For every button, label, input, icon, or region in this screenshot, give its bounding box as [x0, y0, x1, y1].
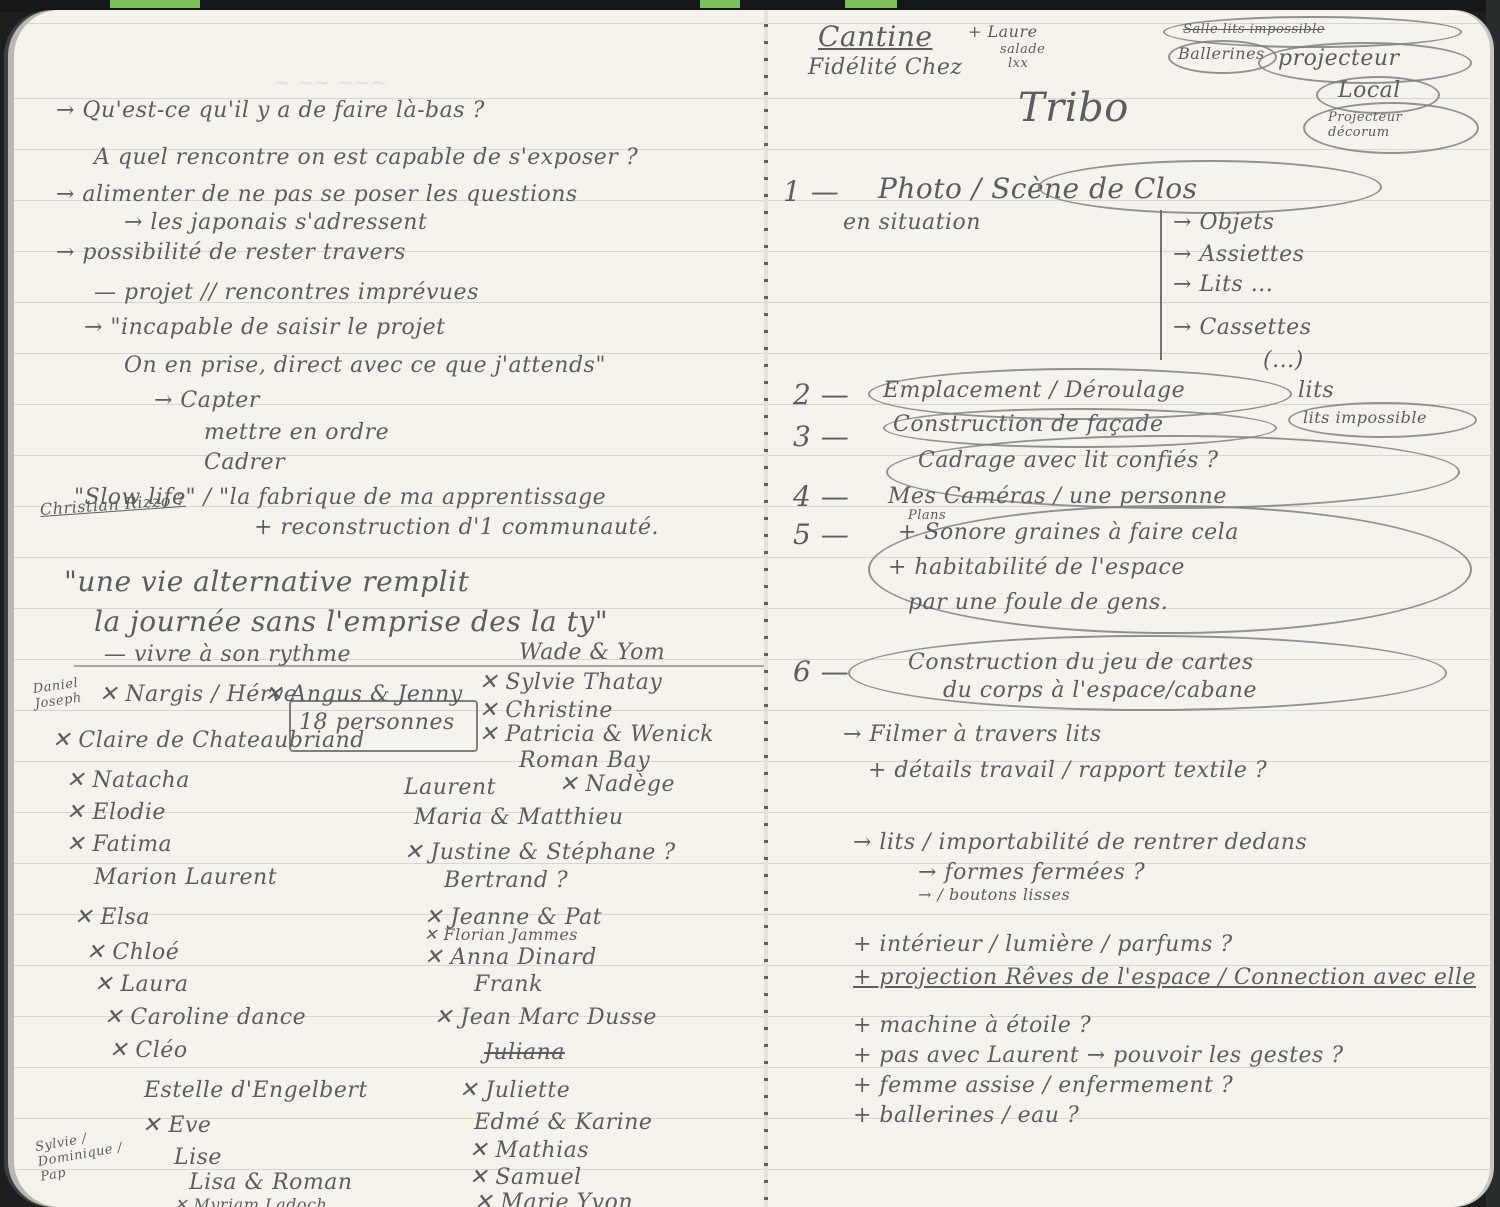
notebook-left-page: ~ ~~ ~~~ → Qu'est-ce qu'il y a de faire …	[14, 10, 766, 1207]
section-text: Emplacement / Déroulage	[883, 378, 1185, 403]
followup-line: → lits / importabilité de rentrer dedans	[853, 830, 1307, 855]
plus-item: + machine à étoile ?	[853, 1013, 1091, 1038]
section-number: 1 —	[783, 175, 839, 208]
name-entry: Wade & Yom	[519, 640, 665, 665]
plus-item: + pas avec Laurent → pouvoir les gestes …	[853, 1043, 1344, 1068]
name-entry: Bertrand ?	[444, 868, 568, 893]
name-entry: ✕ Justine & Stéphane ?	[404, 840, 676, 865]
section-aside: lits impossible	[1303, 408, 1427, 427]
section-text: + Sonore graines à faire cela	[898, 520, 1239, 545]
quote-line: "une vie alternative remplit	[64, 565, 469, 598]
header-title: Cantine	[818, 20, 932, 53]
notebook-right-page: Cantine Fidélité Chez + Laure salade lxx…	[768, 10, 1490, 1207]
name-entry: Lisa & Roman	[189, 1170, 353, 1195]
followup-line: + détails travail / rapport textile ?	[868, 758, 1267, 783]
section-sub: Cadrage avec lit confiés ?	[918, 448, 1219, 473]
note-line: Cadrer	[204, 450, 285, 475]
section-number: 4 —	[793, 480, 849, 513]
name-entry: ✕ Caroline dance	[104, 1005, 306, 1030]
followup-line: → formes fermées ?	[918, 860, 1145, 885]
followup-line: → / boutons lisses	[918, 885, 1070, 904]
name-entry: ✕ Anna Dinard	[424, 945, 597, 970]
name-entry: Frank	[474, 972, 543, 997]
section-sub: par une foule de gens.	[908, 590, 1168, 615]
name-entry: ✕ Cléo	[109, 1038, 188, 1063]
name-entry: ✕ Jean Marc Dusse	[434, 1005, 657, 1030]
name-entry: ✕ Natacha	[66, 768, 190, 793]
bleed-through-text: ~ ~~ ~~~	[274, 70, 387, 94]
green-tab-right	[845, 0, 897, 8]
name-entry: ✕ Patricia & Wenick	[479, 722, 714, 747]
name-entry: ✕ Fatima	[66, 832, 172, 857]
name-entry: ✕ Angus & Jenny	[264, 682, 463, 707]
section-number: 3 —	[793, 420, 849, 453]
section-text: Construction de façade	[893, 412, 1164, 437]
name-entry: Marion Laurent	[94, 865, 277, 890]
header-plus-note: lxx	[1008, 56, 1028, 71]
branch-item: → Assiettes	[1173, 242, 1304, 267]
name-entry: ✕ Myriam Ladoch	[174, 1195, 327, 1207]
section-number: 2 —	[793, 378, 849, 411]
bottom-margin-note: Sylvie / Dominique / Pap	[34, 1125, 130, 1185]
quote-line: + reconstruction d'1 communauté.	[254, 515, 659, 540]
name-entry: ✕ Florian Jammes	[424, 925, 578, 944]
followup-line: → Filmer à travers lits	[843, 722, 1102, 747]
section-number: 6 —	[793, 655, 849, 688]
plus-item: + femme assise / enfermement ?	[853, 1073, 1233, 1098]
name-entry: Roman Bay	[519, 748, 650, 773]
name-entry: ✕ Juliette	[459, 1078, 570, 1103]
section-number: 5 —	[793, 518, 849, 551]
header-subtitle: Fidélité Chez	[808, 55, 962, 80]
section6-line: Construction du jeu de cartes	[908, 650, 1254, 675]
name-entry: ✕ Samuel	[469, 1165, 582, 1190]
name-entry: Estelle d'Engelbert	[144, 1078, 368, 1103]
branch-item: → Objets	[1173, 210, 1275, 235]
name-entry: ✕ Chloé	[86, 940, 179, 965]
note-line: mettre en ordre	[204, 420, 389, 445]
note-line: A quel rencontre on est capable de s'exp…	[94, 145, 638, 170]
note-line: → les japonais s'adressent	[124, 210, 427, 235]
top-right-item: Ballerines	[1178, 44, 1265, 63]
header-plus-note: + Laure	[968, 22, 1038, 41]
note-line: — projet // rencontres imprévues	[94, 280, 479, 305]
quote-line: "Slow life" / "la fabrique de ma apprent…	[74, 485, 606, 510]
margin-note: Daniel Joseph	[32, 674, 96, 712]
name-entry: ✕ Claire de Chateaubriand	[52, 728, 365, 753]
note-line: → Qu'est-ce qu'il y a de faire là-bas ?	[56, 98, 485, 123]
name-entry: ✕ Nadège	[559, 772, 675, 797]
note-line: → alimenter de ne pas se poser les quest…	[56, 182, 578, 207]
name-entry: ✕ Sylvie Thatay	[479, 670, 662, 695]
name-entry: Maria & Matthieu	[414, 805, 624, 830]
name-entry: ✕ Mathias	[469, 1138, 589, 1163]
name-entry: Juliana	[484, 1040, 565, 1065]
section6-line: du corps à l'espace/cabane	[943, 678, 1257, 703]
branch-item: (...)	[1263, 348, 1304, 373]
green-tab-left	[110, 0, 200, 8]
signature: Tribo	[1018, 85, 1129, 131]
branch-line	[1160, 210, 1162, 360]
section-sub: + habitabilité de l'espace	[888, 555, 1185, 580]
branch-item: → Lits ...	[1173, 272, 1273, 297]
section-aside: lits	[1298, 378, 1334, 403]
oval-outline	[1038, 160, 1382, 214]
name-entry: ✕ Laura	[94, 972, 188, 997]
plus-item: + ballerines / eau ?	[853, 1103, 1079, 1128]
name-entry: ✕ Christine	[479, 698, 613, 723]
note-line: → possibilité de rester travers	[56, 240, 406, 265]
header-plus-note: salade	[1000, 42, 1045, 57]
note-line: On en prise, direct avec ce que j'attend…	[124, 353, 606, 378]
name-entry: ✕ Eve	[142, 1113, 211, 1138]
top-right-item: Salle lits impossible	[1183, 22, 1325, 37]
green-tab-center	[700, 0, 740, 8]
divider-line	[74, 665, 764, 667]
top-right-item: Local	[1338, 78, 1401, 103]
section-sub: en situation	[843, 210, 981, 235]
note-line: → Capter	[154, 388, 260, 413]
quote-line: — vivre à son rythme	[104, 642, 351, 667]
name-entry: Lise	[174, 1145, 222, 1170]
name-entry: ✕ Elsa	[74, 905, 150, 930]
note-line: → "incapable de saisir le projet	[84, 315, 445, 340]
name-entry: Laurent	[404, 775, 496, 800]
top-right-item: Projecteur décorum	[1328, 110, 1448, 140]
name-entry: ✕ Marie Yvon	[474, 1190, 633, 1207]
plus-item: + intérieur / lumière / parfums ?	[853, 932, 1233, 957]
top-right-item: projecteur	[1278, 46, 1400, 71]
name-entry: Edmé & Karine	[474, 1110, 652, 1135]
quote-line: la journée sans l'emprise des la ty"	[94, 605, 608, 638]
branch-item: → Cassettes	[1173, 315, 1311, 340]
plus-item: + projection Rêves de l'espace / Connect…	[853, 965, 1476, 990]
name-entry: ✕ Elodie	[66, 800, 166, 825]
